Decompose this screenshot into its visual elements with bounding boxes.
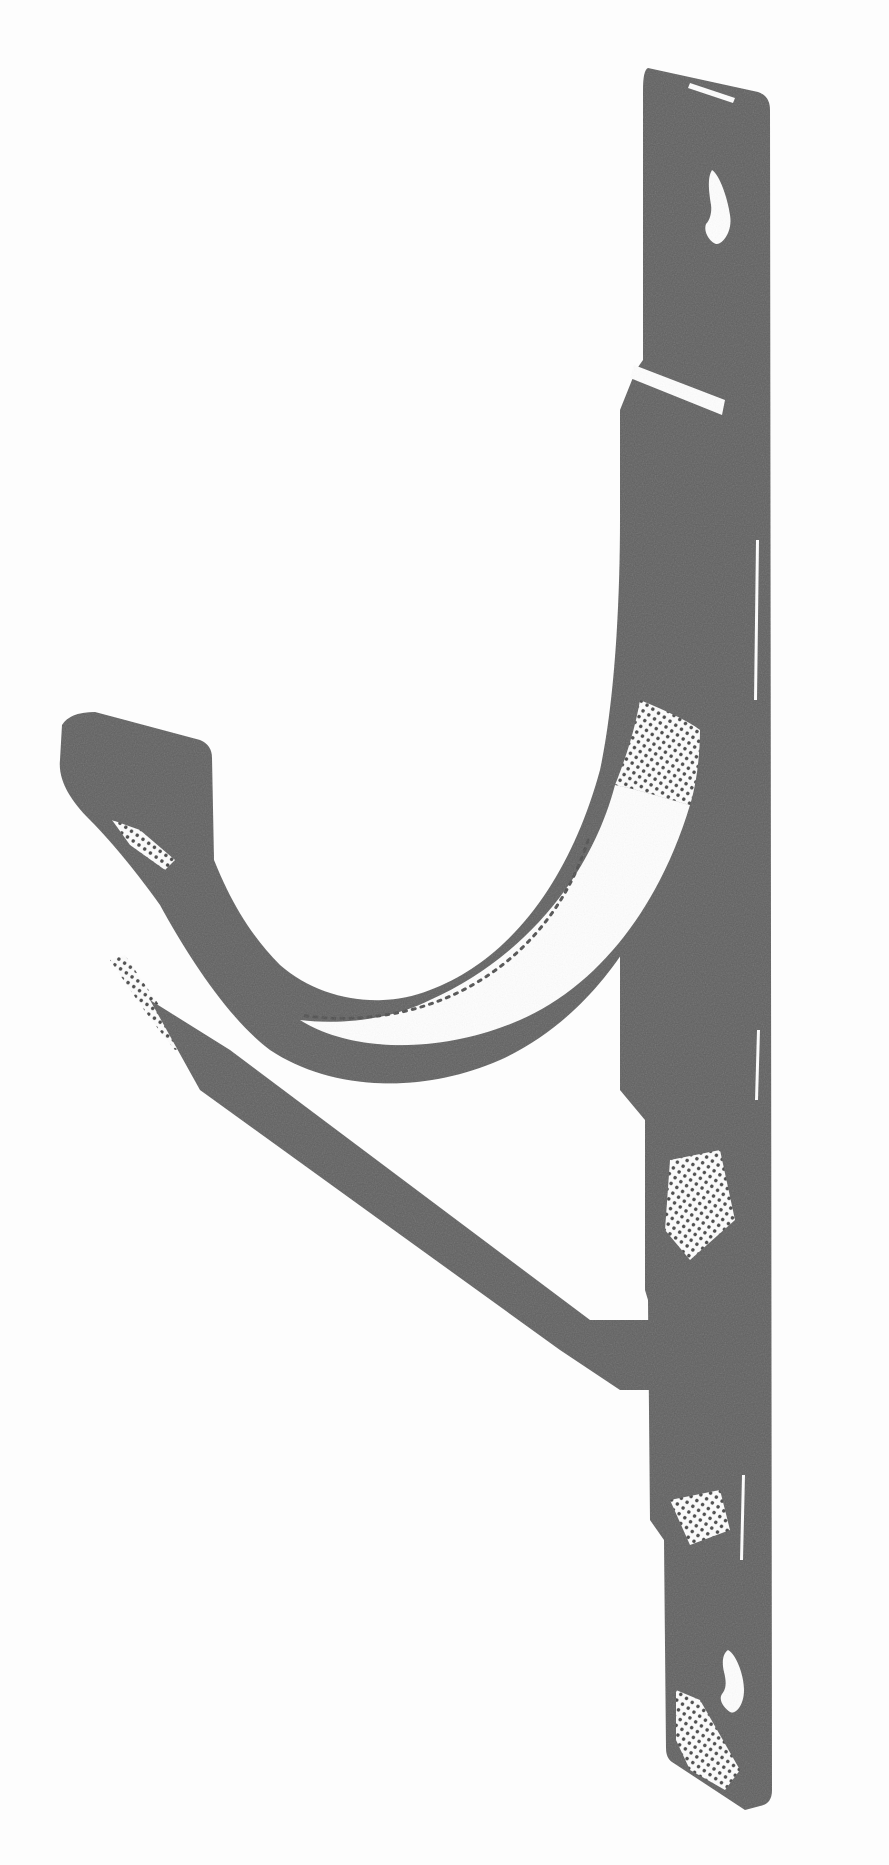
bracket-illustration [0,0,889,1865]
j-cradle [60,420,705,1083]
mounting-plate [620,68,772,1810]
